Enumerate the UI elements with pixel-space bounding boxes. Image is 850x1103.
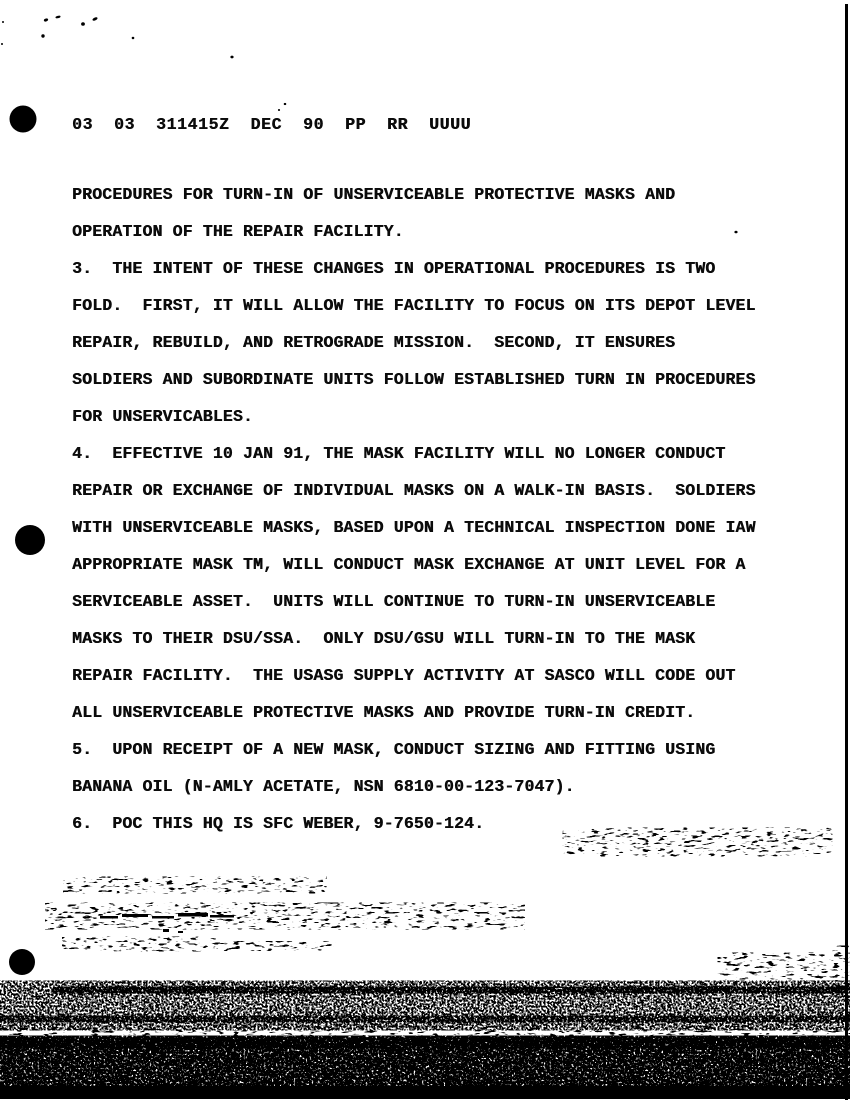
message-line: ALL UNSERVICEABLE PROTECTIVE MASKS AND P… [72,694,792,731]
message-line: 6. POC THIS HQ IS SFC WEBER, 9-7650-124. [72,805,792,842]
message-line: REPAIR, REBUILD, AND RETROGRADE MISSION.… [72,324,792,361]
message-line: MASKS TO THEIR DSU/SSA. ONLY DSU/GSU WIL… [72,620,792,657]
noise-band-2-top-streak [30,1038,850,1048]
message-line: 5. UPON RECEIPT OF A NEW MASK, CONDUCT S… [72,731,792,768]
smudge-cluster [728,955,833,977]
message-body: PROCEDURES FOR TURN-IN OF UNSERVICEABLE … [72,176,792,842]
smudge-dashes [100,913,234,933]
noise-band-1-streak [90,987,830,993]
smudge-cluster [834,950,848,995]
message-line: FOLD. FIRST, IT WILL ALLOW THE FACILITY … [72,287,792,324]
smudge-row [85,878,305,892]
noise-band-2 [0,1038,850,1087]
message-line: PROCEDURES FOR TURN-IN OF UNSERVICEABLE … [72,176,792,213]
hole-punch-bottom [9,949,35,975]
message-line: SERVICEABLE ASSET. UNITS WILL CONTINUE T… [72,583,792,620]
scanned-document-page: 03 03 311415Z DEC 90 PP RR UUUU PROCEDUR… [0,0,850,1103]
smudge-row [215,942,325,950]
message-line: REPAIR OR EXCHANGE OF INDIVIDUAL MASKS O… [72,472,792,509]
message-line: 4. EFFECTIVE 10 JAN 91, THE MASK FACILIT… [72,435,792,472]
noise-band-1 [32,983,850,1028]
message-line: FOR UNSERVICABLES. [72,398,792,435]
smudge-row [75,938,205,950]
hole-punch-middle [15,525,45,555]
noise-gap-dots [0,1026,850,1038]
message-line: REPAIR FACILITY. THE USASG SUPPLY ACTIVI… [72,657,792,694]
message-line: SOLDIERS AND SUBORDINATE UNITS FOLLOW ES… [72,361,792,398]
message-line: OPERATION OF THE REPAIR FACILITY. [72,213,792,250]
solid-black-bar [0,1086,850,1099]
message-line: WITH UNSERVICEABLE MASKS, BASED UPON A T… [72,509,792,546]
message-line: 3. THE INTENT OF THESE CHANGES IN OPERAT… [72,250,792,287]
noise-band-1-streak [40,1016,850,1022]
noise-band-2-overlay [0,1038,850,1087]
message-header-line: 03 03 311415Z DEC 90 PP RR UUUU [72,114,471,136]
scan-edge-line [845,4,848,1100]
hole-punch-top [10,106,37,133]
message-line: APPROPRIATE MASK TM, WILL CONDUCT MASK E… [72,546,792,583]
smudge-row [85,905,485,927]
message-line: BANANA OIL (N-AMLY ACETATE, NSN 6810-00-… [72,768,792,805]
